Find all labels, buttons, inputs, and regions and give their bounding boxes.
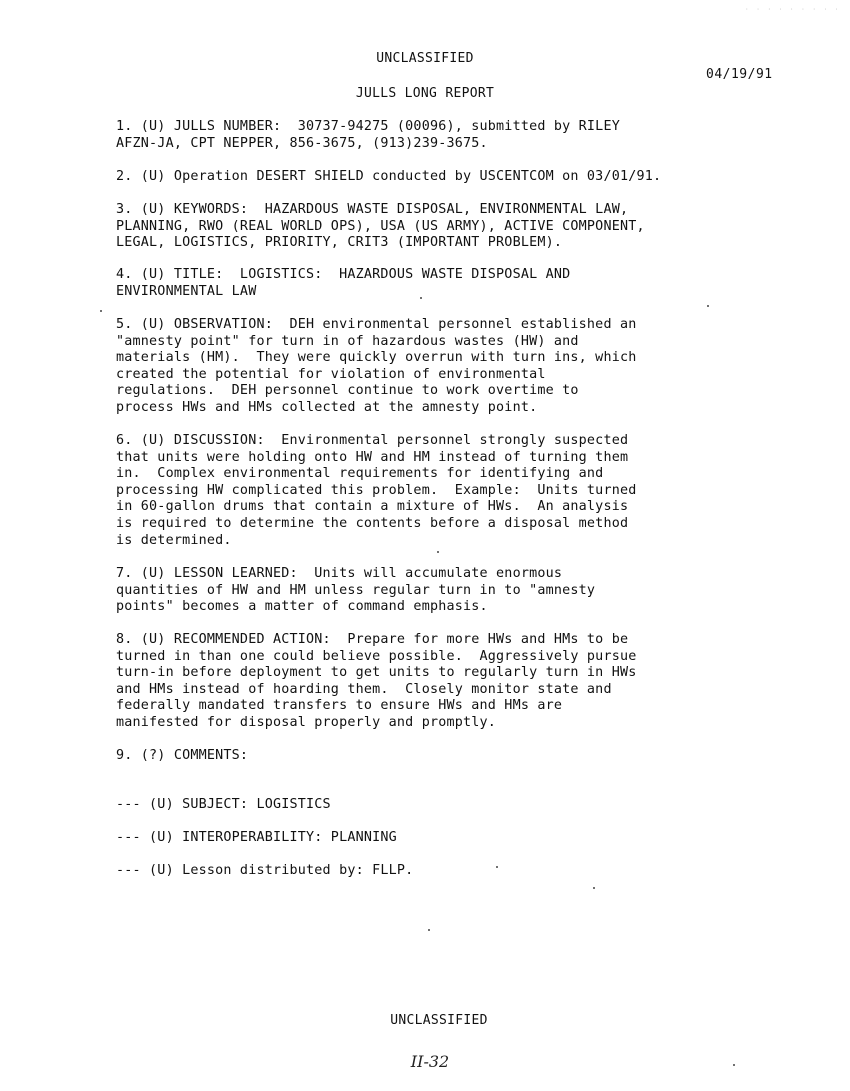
report-title: JULLS LONG REPORT (0, 86, 850, 101)
document-page: · · · · · · · · · UNCLASSIFIED 04/19/91 … (0, 0, 850, 1091)
paragraph-1-julls-number: 1. (U) JULLS NUMBER: 30737-94275 (00096)… (116, 119, 816, 152)
scan-speck (593, 887, 595, 889)
paragraph-3-keywords: 3. (U) KEYWORDS: HAZARDOUS WASTE DISPOSA… (116, 202, 816, 252)
paragraph-2-operation: 2. (U) Operation DESERT SHIELD conducted… (116, 169, 816, 186)
report-date: 04/19/91 (706, 67, 773, 82)
classification-header: UNCLASSIFIED (0, 51, 850, 66)
classification-footer: UNCLASSIFIED (14, 1013, 850, 1028)
footer-item-subject: --- (U) SUBJECT: LOGISTICS (116, 797, 816, 814)
paragraph-4-title: 4. (U) TITLE: LOGISTICS: HAZARDOUS WASTE… (116, 267, 816, 300)
scan-speck (437, 551, 439, 553)
scan-speck (420, 297, 422, 299)
scan-speck (496, 866, 498, 868)
paragraph-8-recommended-action: 8. (U) RECOMMENDED ACTION: Prepare for m… (116, 632, 816, 732)
footer-item-distributed-by: --- (U) Lesson distributed by: FLLP. (116, 863, 816, 880)
paragraph-6-discussion: 6. (U) DISCUSSION: Environmental personn… (116, 433, 816, 549)
scan-speck (428, 929, 430, 931)
scan-artifact: · · · · · · · · · (745, 6, 840, 13)
paragraph-7-lesson-learned: 7. (U) LESSON LEARNED: Units will accumu… (116, 566, 816, 616)
scan-speck (100, 310, 102, 312)
footer-item-interoperability: --- (U) INTEROPERABILITY: PLANNING (116, 830, 816, 847)
paragraph-5-observation: 5. (U) OBSERVATION: DEH environmental pe… (116, 317, 816, 417)
paragraph-9-comments: 9. (?) COMMENTS: (116, 748, 816, 765)
handwritten-page-mark: II-32 (380, 1052, 480, 1071)
scan-speck (707, 305, 709, 307)
scan-speck (733, 1064, 735, 1066)
